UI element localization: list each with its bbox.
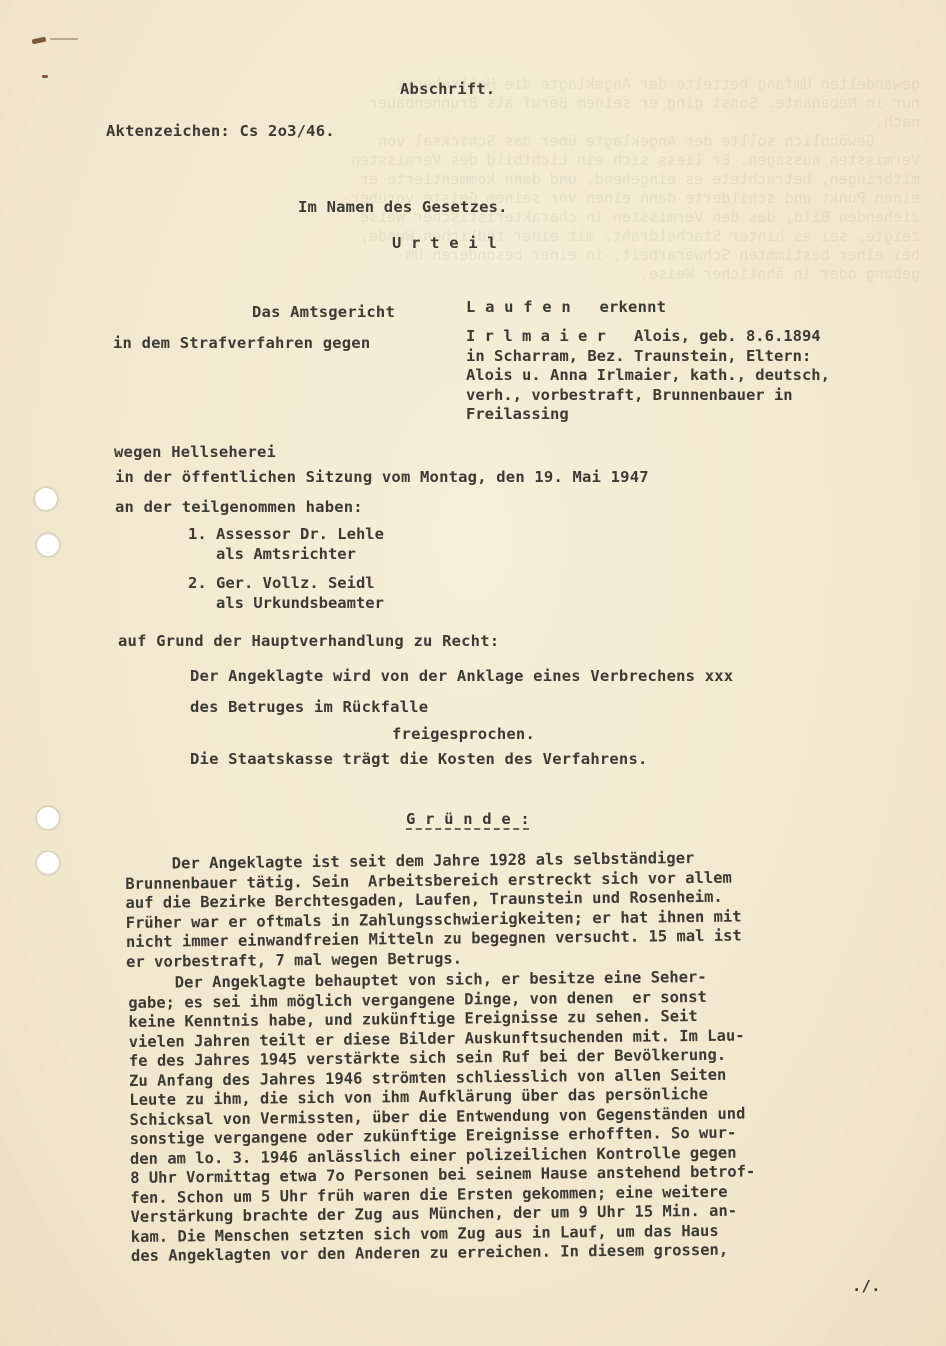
punch-hole — [35, 488, 57, 510]
reasons-paragraph-2: Der Angeklagte behauptet von sich, er be… — [128, 967, 756, 1266]
continuation-mark: ./. — [852, 1277, 881, 1295]
document-page: gewandelten Umfang bettelte der Angeklag… — [0, 0, 946, 1346]
verdict-heading: U r t e i l — [392, 234, 497, 252]
bleed-through-text: gewandelten Umfang bettelte der Angeklag… — [60, 75, 920, 284]
ruling-acquittal: freigesprochen. — [392, 725, 535, 743]
ruling-line-1: Der Angeklagte wird von der Anklage eine… — [190, 667, 733, 685]
court-location: L a u f e n erkennt — [466, 298, 666, 316]
punch-hole — [37, 807, 59, 829]
participant-1: 1. Assessor Dr. Lehle als Amtsrichter — [188, 525, 384, 564]
in-the-name-heading: Im Namen des Gesetzes. — [298, 198, 508, 216]
ruling-intro: auf Grund der Hauptverhandlung zu Recht: — [118, 632, 499, 650]
file-reference: Aktenzeichen: Cs 2o3/46. — [106, 122, 335, 140]
court-name-label: Das Amtsgericht — [252, 303, 395, 321]
punch-hole — [37, 534, 59, 556]
ruling-costs: Die Staatskasse trägt die Kosten des Ver… — [190, 750, 648, 768]
reasons-paragraph-1: Der Angeklagte ist seit dem Jahre 1928 a… — [125, 849, 742, 972]
charge-line: wegen Hellseherei — [114, 443, 276, 461]
ink-spot — [42, 75, 48, 78]
ruling-line-2: des Betruges im Rückfalle — [190, 698, 428, 716]
participants-intro: an der teilgenommen haben: — [115, 498, 363, 516]
proceedings-label: in dem Strafverfahren gegen — [113, 334, 370, 352]
participant-2: 2. Ger. Vollz. Seidl als Urkundsbeamter — [188, 574, 384, 613]
defendant-details: I r l m a i e r Alois, geb. 8.6.1894in S… — [466, 327, 830, 425]
staple-mark — [32, 37, 47, 45]
reasons-heading: G r ü n d e : — [406, 810, 530, 828]
document-title: Abschrift. — [400, 80, 495, 98]
staple-mark — [50, 38, 78, 40]
punch-hole — [37, 852, 59, 874]
session-date-line: in der öffentlichen Sitzung vom Montag, … — [115, 468, 649, 486]
